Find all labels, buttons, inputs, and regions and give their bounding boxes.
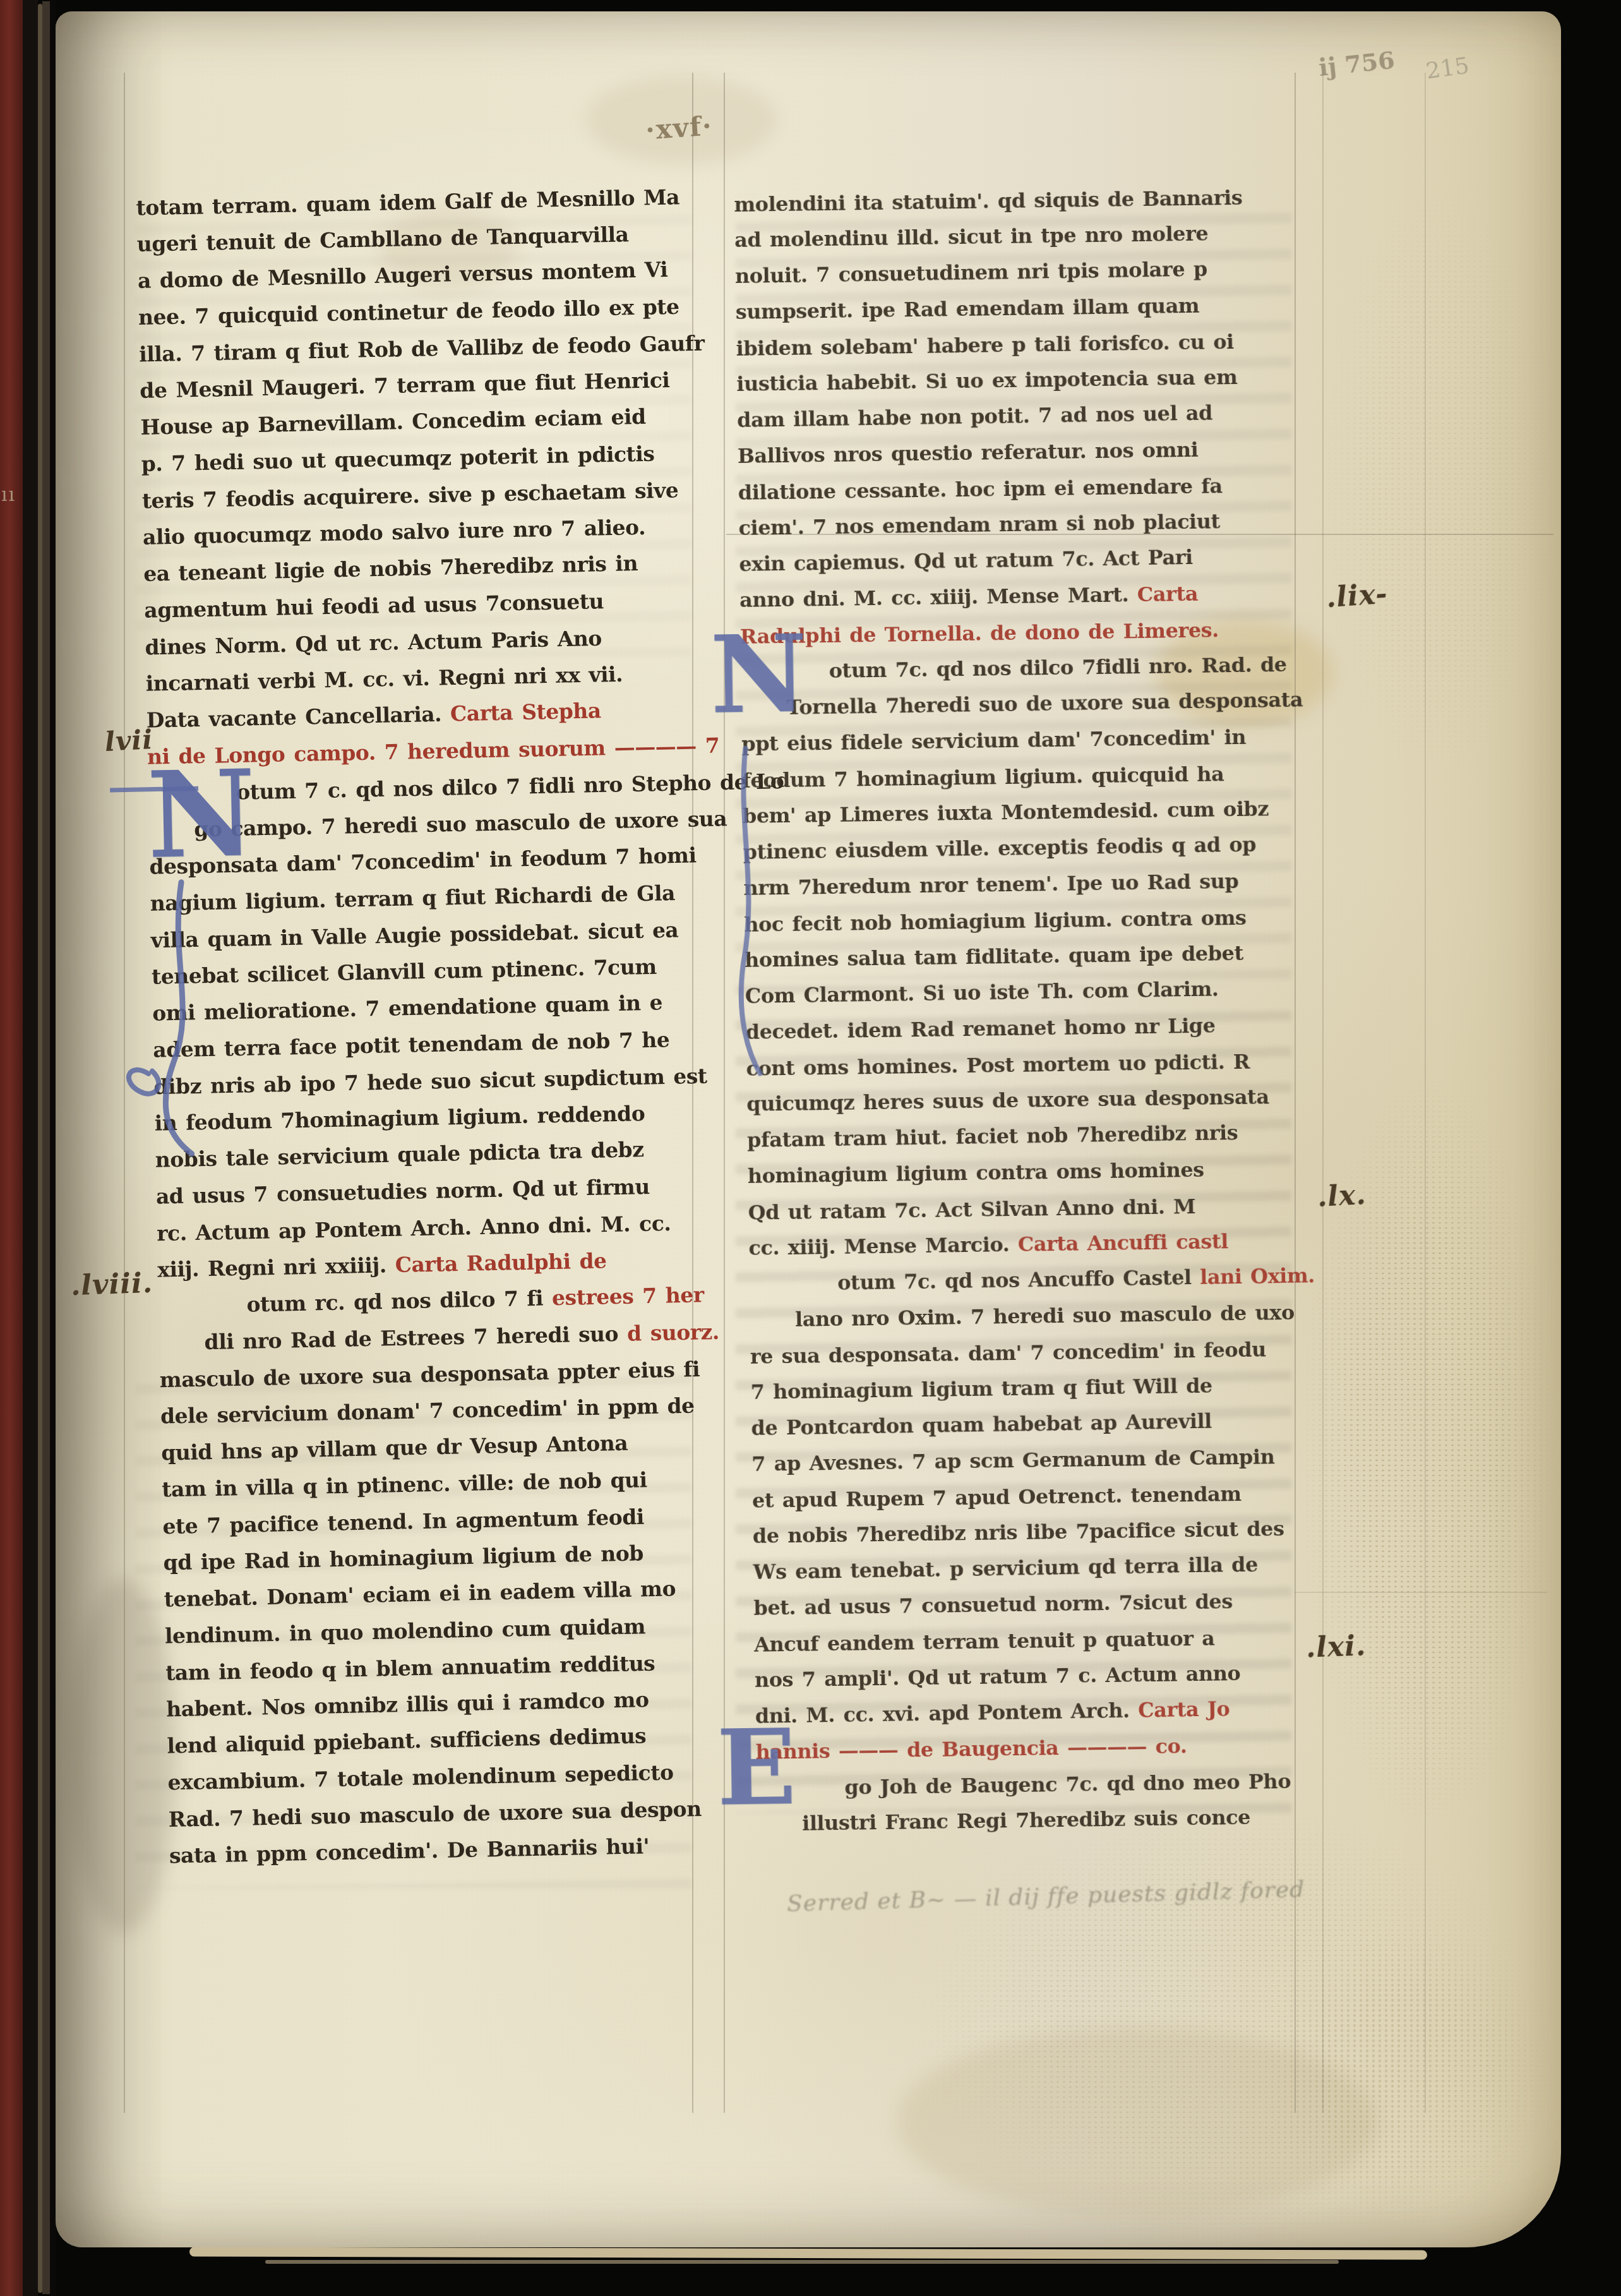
body-text: bem' ap Limeres iuxta Montemdesid. cum o… — [743, 796, 1269, 828]
illuminated-initial-n: N — [710, 626, 808, 722]
body-text: nee. 7 quicquid continetur de feodo illo… — [138, 294, 679, 330]
body-text: dni. M. cc. xvi. apd Pontem Arch. — [755, 1698, 1139, 1728]
body-text: tenebat. Donam' eciam ei in eadem villa … — [164, 1576, 676, 1611]
book-spine — [0, 0, 23, 2296]
body-text: homines salua tam fidlitate. quam ipe de… — [745, 941, 1243, 972]
body-text: nrm 7heredum nror tenem'. Ipe uo Rad sup — [743, 869, 1238, 900]
body-text: p. 7 hedi suo ut quecumqz poterit in pdi… — [141, 442, 655, 476]
rubric-text: estrees 7 her — [552, 1282, 704, 1310]
body-text: quicumqz heres suus de uxore sua despons… — [746, 1085, 1269, 1116]
page-edge-shadow — [23, 0, 38, 2296]
body-text: iusticia habebit. Si uo ex impotencia su… — [736, 365, 1237, 396]
body-text: 7 hominagium ligium tram q fiut Will de — [750, 1374, 1212, 1404]
body-text: xiij. Regni nri xxiiij. — [157, 1253, 395, 1282]
illuminated-initial-e: E — [716, 1719, 797, 1815]
margin-number-lix: .lix- — [1325, 578, 1389, 615]
body-text: alio quocumqz modo salvo iure nro 7 alie… — [143, 515, 646, 550]
rubric-text: Carta Ancuffi castl — [1018, 1229, 1229, 1256]
body-text: lend aliquid ppiebant. sufficiens dedimu… — [167, 1723, 647, 1758]
margin-number-lx: .lx. — [1317, 1179, 1367, 1213]
rubric-text: Carta — [1137, 582, 1199, 606]
body-text: rc. Actum ap Pontem Arch. Anno dni. M. c… — [157, 1211, 671, 1246]
body-text: decedet. idem Rad remanet homo nr Lige — [745, 1013, 1215, 1043]
body-text: pfatam tram hiut. faciet nob 7heredibz n… — [747, 1121, 1238, 1152]
body-text: ugeri tenuit de Cambllano de Tanquarvill… — [136, 222, 629, 256]
body-text: illustri Franc Regi 7heredibz suis conce — [802, 1805, 1250, 1836]
under-leaf-edge — [265, 2260, 1339, 2264]
body-text: hominagium ligium contra oms homines — [748, 1158, 1204, 1188]
body-text: hoc fecit nob homiagium ligium. contra o… — [744, 905, 1247, 936]
body-text: Ws eam tenebat. p servicium qd terra ill… — [753, 1553, 1258, 1584]
body-text: de Pontcardon quam habebat ap Aurevill — [751, 1409, 1212, 1440]
body-text: cc. xiiij. Mense Marcio. — [748, 1232, 1018, 1260]
body-text: ete 7 pacifice tenend. In agmentum feodi — [162, 1505, 644, 1539]
body-text: tam in feodo q in blem annuatim redditus — [165, 1651, 655, 1686]
body-text: de Mesnil Maugeri. 7 terram que fiut Hen… — [140, 368, 670, 403]
body-text: otum 7c. qd nos Ancuffo Castel — [837, 1265, 1200, 1295]
text-column-left: totam terram. quam idem Galf de Mesnillo… — [136, 178, 738, 1875]
parchment-stain — [897, 2028, 1377, 2217]
body-text: Ancuf eandem terram tenuit p quatuor a — [754, 1626, 1215, 1656]
body-text: habent. Nos omnibz illis qui i ramdco mo — [166, 1687, 649, 1721]
body-text: molendini ita statuim'. qd siquis de Ban… — [734, 185, 1242, 216]
body-text: agmentum hui feodi ad usus 7consuetu — [144, 589, 604, 623]
body-text: House ap Barnevillam. Concedim eciam eid — [140, 404, 646, 440]
body-text: Rad. 7 hedi suo masculo de uxore sua des… — [168, 1796, 702, 1832]
margin-number-lxi: .lxi. — [1305, 1630, 1367, 1664]
body-text: otum 7c. qd nos dilco 7fidli nro. Rad. d… — [828, 652, 1286, 683]
ruling-line — [1425, 73, 1426, 2113]
body-text: illa. 7 tiram q fiut Rob de Vallibz de f… — [139, 331, 705, 367]
body-text: Qd ut ratam 7c. Act Silvan Anno dni. M — [748, 1194, 1195, 1225]
margin-number-lviii: .lviii. — [70, 1267, 153, 1302]
body-text: sata in ppm concedim'. De Bannariis hui' — [169, 1834, 650, 1868]
ruling-line — [1295, 1592, 1547, 1593]
body-text: Ballivos nros questio referatur. nos omn… — [738, 438, 1199, 468]
body-text: ad molendinu illd. sicut in tpe nro mole… — [734, 222, 1209, 252]
margin-number-lvii: lvii — [104, 724, 154, 757]
body-text: dli nro Rad de Estrees 7 heredi suo — [204, 1321, 627, 1354]
body-text: qd ipe Rad in hominagium ligium de nob — [163, 1541, 643, 1575]
spine-mark: ıı — [1, 484, 16, 506]
body-text: ciem'. 7 nos emendam nram si nob placiut — [738, 509, 1220, 540]
body-text: teris 7 feodis acquirere. sive p eschaet… — [142, 478, 679, 513]
body-text: go Joh de Baugenc 7c. qd dno meo Pho — [844, 1769, 1291, 1800]
body-text: re sua desponsata. dam' 7 concedim' in f… — [750, 1337, 1266, 1368]
under-leaf-edge — [189, 2247, 1427, 2259]
body-text: nos 7 ampli'. Qd ut ratum 7 c. Actum ann… — [755, 1661, 1241, 1692]
body-text: otum 7 c. qd nos dilco 7 fidli nro Steph… — [236, 769, 784, 804]
body-text: Data vacante Cancellaria. — [146, 702, 450, 733]
rubric-text: Carta Stepha — [450, 698, 601, 726]
initial-flourish — [104, 774, 251, 1218]
body-text: tam in villa q in ptinenc. ville: de nob… — [162, 1467, 647, 1501]
body-text: a domo de Mesnillo Augeri versus montem … — [137, 257, 667, 293]
body-text: quid hns ap villam que dr Vesup Antona — [161, 1431, 628, 1465]
body-text: bet. ad usus 7 consuetud norm. 7sicut de… — [753, 1589, 1233, 1620]
body-text: dines Norm. Qd ut rc. Actum Paris Ano — [145, 626, 602, 660]
body-text: Com Clarmont. Si uo iste Th. com Clarim. — [745, 977, 1219, 1008]
body-text: exin capiemus. Qd ut ratum 7c. Act Pari — [739, 545, 1193, 576]
rubric-text: Radulphi de Tornella. de dono de Limeres… — [740, 618, 1219, 649]
rubric-text: Carta Jo — [1138, 1697, 1230, 1722]
body-text: excambium. 7 totale molendinum sepedicto — [167, 1760, 674, 1794]
initial-flourish — [709, 710, 790, 1103]
body-text: ea teneant ligie de nobis 7heredibz nris… — [143, 551, 638, 586]
body-text: ibidem solebam' habere p tali forisfco. … — [736, 330, 1234, 361]
manuscript-photo: ıı totam terram. quam idem Galf de Mesni… — [0, 0, 1621, 2296]
body-text: et apud Rupem 7 apud Oetrenct. tenendam — [752, 1482, 1241, 1513]
body-text: lendinum. in quo molendino cum quidam — [165, 1614, 646, 1648]
body-text: masculo de uxore sua desponsata ppter ei… — [159, 1357, 700, 1392]
body-text: Tornella 7heredi suo de uxore sua despon… — [786, 687, 1303, 719]
body-text: sumpserit. ipe Rad emendam illam quam — [736, 294, 1200, 324]
body-text: dam illam habe non potit. 7 ad nos uel a… — [737, 400, 1212, 432]
body-text: incarnati verbi M. cc. vi. Regni nri xx … — [145, 662, 623, 696]
body-text: cont oms homines. Post mortem uo pdicti.… — [746, 1049, 1250, 1080]
body-text: noluit. 7 consuetudinem nri tpis molare … — [735, 257, 1207, 288]
body-text: totam terram. quam idem Galf de Mesnillo… — [136, 184, 679, 220]
body-text: dele servicium donam' 7 concedim' in ppm… — [160, 1393, 695, 1429]
body-text: de nobis 7heredibz nris libe 7pacifice s… — [753, 1517, 1284, 1548]
body-text: dilatione cessante. hoc ipm ei emendare … — [738, 474, 1223, 505]
body-text: otum rc. qd nos dilco 7 fi — [246, 1285, 552, 1316]
parchment-follicle-texture — [1320, 183, 1560, 783]
body-text: lano nro Oxim. 7 heredi suo masculo de u… — [795, 1301, 1295, 1331]
page-edge-sliver — [38, 4, 42, 2293]
body-text: feodum 7 hominagium ligium. quicquid ha — [742, 762, 1224, 793]
body-text: ptinenc eiusdem ville. exceptis feodis q… — [743, 832, 1256, 863]
rubric-text: Carta Radulphi de — [395, 1248, 607, 1277]
page-edge-sliver — [42, 1, 50, 2294]
body-text: anno dni. M. cc. xiiij. Mense Mart. — [739, 582, 1137, 612]
right-column-lines: molendini ita statuim'. qd siquis de Ban… — [734, 178, 1325, 1842]
body-text: 7 ap Avesnes. 7 ap scm Germanum de Campi… — [751, 1445, 1275, 1476]
body-text: ppt eius fidele servicium dam' 7concedim… — [741, 725, 1246, 756]
body-text: go campo. 7 heredi suo masculo de uxore … — [194, 806, 727, 841]
rubric-text: lani Oxim. — [1200, 1263, 1315, 1289]
rubric-text: d suorz. — [627, 1319, 720, 1346]
rubric-text: hannis ——— de Baugencia ———— co. — [755, 1734, 1187, 1764]
text-column-right: molendini ita statuim'. qd siquis de Ban… — [734, 178, 1325, 1842]
quire-mark: ·xvf· — [644, 110, 714, 145]
